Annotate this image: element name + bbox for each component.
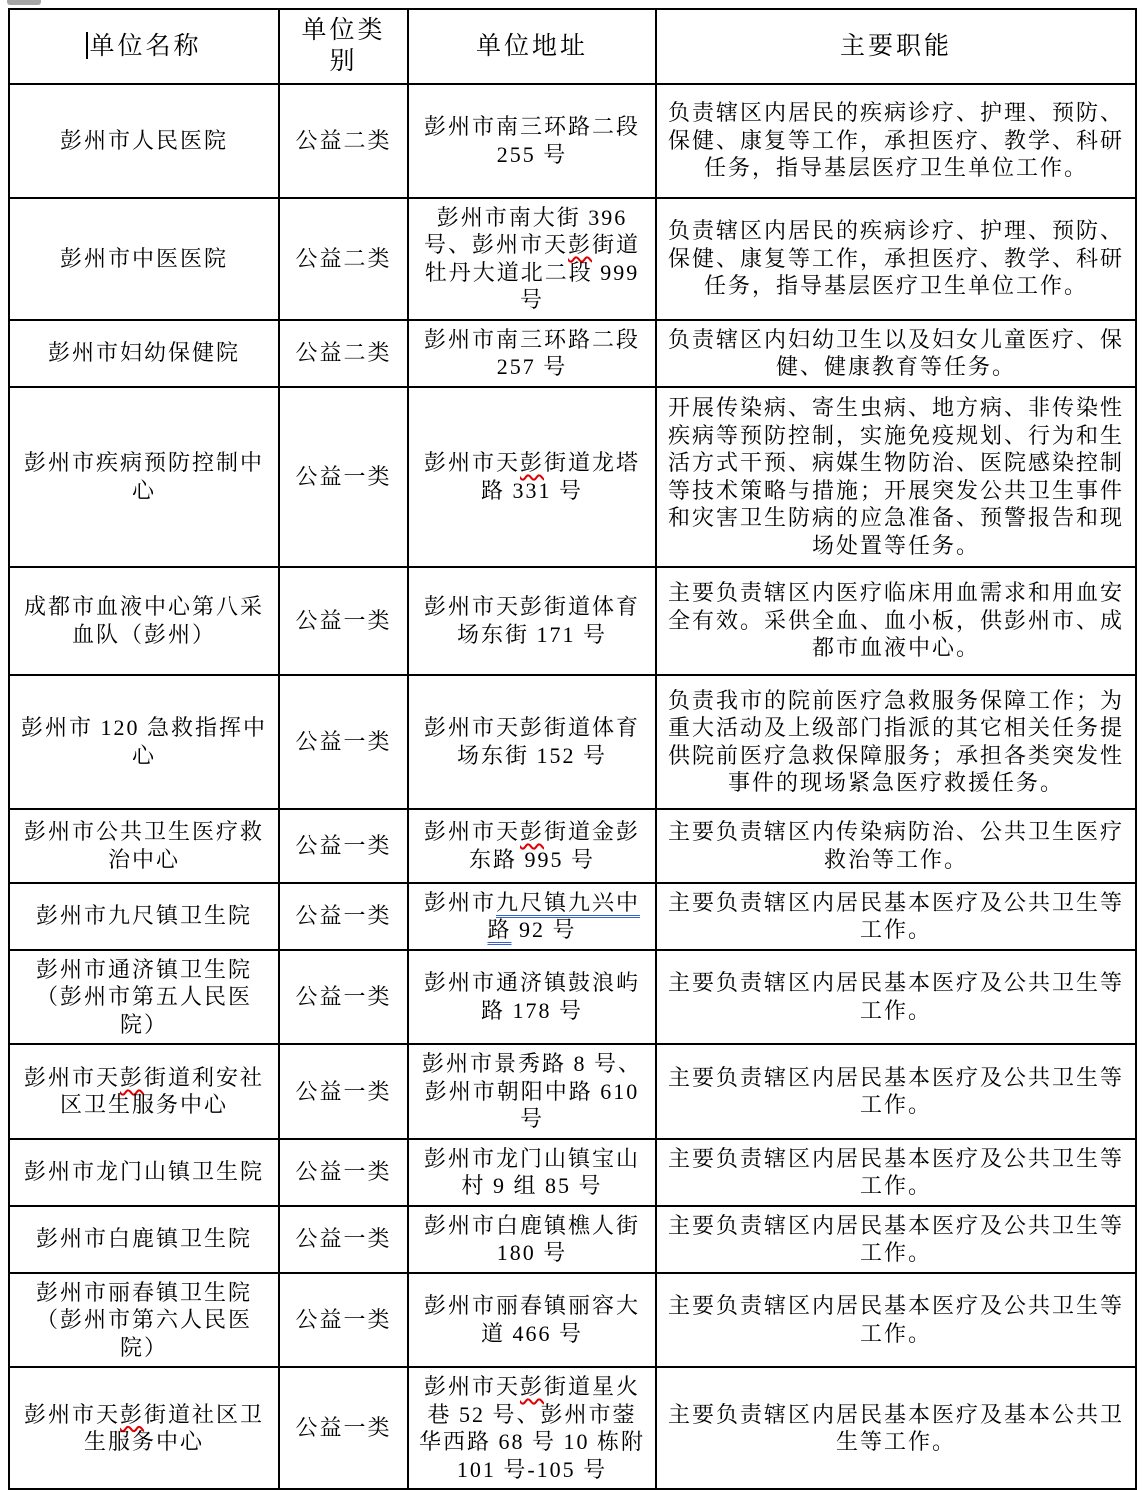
- unit-address-cell[interactable]: 彭州市九尺镇九兴中路 92 号: [408, 883, 656, 950]
- red-wavy-mark: 彭: [120, 1402, 144, 1427]
- text-segment: 公益一类: [295, 1159, 391, 1184]
- text-segment: 公益二类: [295, 246, 391, 271]
- text-segment: 彭州市天: [424, 450, 520, 475]
- table-row: 彭州市九尺镇卫生院 公益一类 彭州市九尺镇九兴中路 92 号 主要负责辖区内居民…: [9, 883, 1136, 950]
- unit-functions-cell[interactable]: 主要负责辖区内医疗临床用血需求和用血安全有效。采供全血、血小板，供彭州市、成都市…: [656, 567, 1136, 675]
- unit-functions-cell[interactable]: 主要负责辖区内传染病防治、公共卫生医疗救治等工作。: [656, 809, 1136, 883]
- text-segment: 彭州市白鹿镇樵人街 180 号: [424, 1213, 640, 1266]
- table-row: 彭州市妇幼保健院 公益二类 彭州市南三环路二段 257 号 负责辖区内妇幼卫生以…: [9, 320, 1136, 387]
- text-segment: 公益一类: [295, 1079, 391, 1104]
- text-segment: 公益二类: [295, 340, 391, 365]
- unit-category-cell[interactable]: 公益一类: [279, 1139, 408, 1206]
- unit-category-cell[interactable]: 公益一类: [279, 1206, 408, 1273]
- unit-name-cell[interactable]: 彭州市白鹿镇卫生院: [9, 1206, 279, 1273]
- text-segment: 公益一类: [295, 903, 391, 928]
- table-row: 彭州市公共卫生医疗救治中心 公益一类 彭州市天彭街道金彭东路 995 号 主要负…: [9, 809, 1136, 883]
- text-segment: 负责我市的院前医疗急救服务保障工作；为重大活动及上级部门指派的其它相关任务提供院…: [668, 688, 1124, 796]
- unit-functions-cell[interactable]: 主要负责辖区内居民基本医疗及公共卫生等工作。: [656, 950, 1136, 1045]
- text-segment: 彭州市妇幼保健院: [48, 340, 240, 365]
- text-segment: 彭州市丽春镇卫生院（彭州市第六人民医院）: [36, 1280, 252, 1360]
- text-segment: 公益一类: [295, 1307, 391, 1332]
- table-row: 彭州市龙门山镇卫生院 公益一类 彭州市龙门山镇宝山村 9 组 85 号 主要负责…: [9, 1139, 1136, 1206]
- unit-name-cell[interactable]: 成都市血液中心第八采血队（彭州）: [9, 567, 279, 675]
- unit-functions-cell[interactable]: 主要负责辖区内居民基本医疗及公共卫生等工作。: [656, 1206, 1136, 1273]
- unit-category-cell[interactable]: 公益二类: [279, 320, 408, 387]
- red-wavy-mark: 彭: [520, 1374, 544, 1399]
- text-segment: 公益二类: [295, 128, 391, 153]
- unit-name-cell[interactable]: 彭州市龙门山镇卫生院: [9, 1139, 279, 1206]
- red-wavy-mark: 彭: [120, 1065, 144, 1090]
- unit-name-cell[interactable]: 彭州市人民医院: [9, 84, 279, 198]
- table-row: 彭州市天彭街道利安社区卫生服务中心 公益一类 彭州市景秀路 8 号、彭州市朝阳中…: [9, 1044, 1136, 1139]
- column-header-unit-category[interactable]: 单位类别: [279, 9, 408, 84]
- unit-name-cell[interactable]: 彭州市中医医院: [9, 198, 279, 320]
- unit-name-cell[interactable]: 彭州市疾病预防控制中心: [9, 387, 279, 567]
- unit-address-cell[interactable]: 彭州市天彭街道星火巷 52 号、彭州市蓥华西路 68 号 10 栋附 101 号…: [408, 1367, 656, 1489]
- text-segment: 负责辖区内居民的疾病诊疗、护理、预防、保健、康复等工作，承担医疗、教学、科研任务…: [668, 218, 1124, 298]
- unit-functions-cell[interactable]: 负责我市的院前医疗急救服务保障工作；为重大活动及上级部门指派的其它相关任务提供院…: [656, 675, 1136, 809]
- unit-name-cell[interactable]: 彭州市通济镇卫生院（彭州市第五人民医院）: [9, 950, 279, 1045]
- text-segment: 主要负责辖区内居民基本医疗及公共卫生等工作。: [668, 890, 1124, 943]
- text-segment: 主要负责辖区内医疗临床用血需求和用血安全有效。采供全血、血小板，供彭州市、成都市…: [668, 580, 1124, 660]
- text-segment: 负责辖区内妇幼卫生以及妇女儿童医疗、保健、健康教育等任务。: [668, 327, 1124, 380]
- column-header-label: 单位名称: [89, 33, 201, 60]
- unit-functions-cell[interactable]: 开展传染病、寄生虫病、地方病、非传染性疾病等预防控制，实施免疫规划、行为和生活方…: [656, 387, 1136, 567]
- table-row: 彭州市中医医院 公益二类 彭州市南大街 396 号、彭州市天彭街道牡丹大道北二段…: [9, 198, 1136, 320]
- unit-address-cell[interactable]: 彭州市景秀路 8 号、彭州市朝阳中路 610 号: [408, 1044, 656, 1139]
- unit-name-cell[interactable]: 彭州市天彭街道社区卫生服务中心: [9, 1367, 279, 1489]
- text-segment: 负责辖区内居民的疾病诊疗、护理、预防、保健、康复等工作，承担医疗、教学、科研任务…: [668, 100, 1124, 180]
- text-segment: 彭州市南三环路二段 255 号: [424, 114, 640, 167]
- text-segment: 主要负责辖区内居民基本医疗及公共卫生等工作。: [668, 1293, 1124, 1346]
- red-wavy-mark: 彭: [520, 819, 544, 844]
- table-row: 彭州市天彭街道社区卫生服务中心 公益一类 彭州市天彭街道星火巷 52 号、彭州市…: [9, 1367, 1136, 1489]
- text-segment: 彭州市疾病预防控制中心: [24, 450, 264, 503]
- unit-address-cell[interactable]: 彭州市通济镇鼓浪屿路 178 号: [408, 950, 656, 1045]
- unit-category-cell[interactable]: 公益一类: [279, 1044, 408, 1139]
- unit-functions-cell[interactable]: 主要负责辖区内居民基本医疗及公共卫生等工作。: [656, 1044, 1136, 1139]
- unit-category-cell[interactable]: 公益一类: [279, 387, 408, 567]
- text-segment: 彭州市龙门山镇卫生院: [24, 1159, 264, 1184]
- unit-address-cell[interactable]: 彭州市天彭街道金彭东路 995 号: [408, 809, 656, 883]
- unit-functions-cell[interactable]: 负责辖区内居民的疾病诊疗、护理、预防、保健、康复等工作，承担医疗、教学、科研任务…: [656, 198, 1136, 320]
- unit-address-cell[interactable]: 彭州市南三环路二段 257 号: [408, 320, 656, 387]
- text-segment: 公益一类: [295, 1226, 391, 1251]
- red-wavy-mark: 彭: [568, 232, 592, 257]
- column-header-main-functions[interactable]: 主要职能: [656, 9, 1136, 84]
- text-segment: 公益一类: [295, 729, 391, 754]
- text-segment: 公益一类: [295, 608, 391, 633]
- unit-address-cell[interactable]: 彭州市天彭街道龙塔路 331 号: [408, 387, 656, 567]
- text-segment: 彭州市南三环路二段 257 号: [424, 327, 640, 380]
- table-row: 彭州市通济镇卫生院（彭州市第五人民医院） 公益一类 彭州市通济镇鼓浪屿路 178…: [9, 950, 1136, 1045]
- text-segment: 主要负责辖区内居民基本医疗及公共卫生等工作。: [668, 1146, 1124, 1199]
- text-segment: 公益一类: [295, 1415, 391, 1440]
- text-segment: 彭州市九尺镇卫生院: [36, 903, 252, 928]
- unit-address-cell[interactable]: 彭州市天彭街道体育场东街 152 号: [408, 675, 656, 809]
- text-segment: 彭州市通济镇卫生院（彭州市第五人民医院）: [36, 957, 252, 1037]
- text-segment: 主要负责辖区内居民基本医疗及基本公共卫生等工作。: [668, 1402, 1124, 1455]
- column-header-unit-address[interactable]: 单位地址: [408, 9, 656, 84]
- table-row: 彭州市丽春镇卫生院（彭州市第六人民医院） 公益一类 彭州市丽春镇丽容大道 466…: [9, 1273, 1136, 1368]
- table-body: 彭州市人民医院 公益二类 彭州市南三环路二段 255 号 负责辖区内居民的疾病诊…: [9, 84, 1136, 1490]
- text-segment: 92 号: [512, 917, 577, 942]
- column-header-label: 主要职能: [840, 33, 952, 60]
- text-segment: 彭州市天: [24, 1065, 120, 1090]
- unit-name-cell[interactable]: 彭州市妇幼保健院: [9, 320, 279, 387]
- unit-address-cell[interactable]: 彭州市丽春镇丽容大道 466 号: [408, 1273, 656, 1368]
- unit-category-cell[interactable]: 公益二类: [279, 84, 408, 198]
- text-segment: 彭州市丽春镇丽容大道 466 号: [424, 1293, 640, 1346]
- text-segment: 开展传染病、寄生虫病、地方病、非传染性疾病等预防控制，实施免疫规划、行为和生活方…: [668, 395, 1124, 558]
- units-table: 单位名称 单位类别 单位地址 主要职能 彭州市人民医院 公益二类 彭州市南三环路…: [8, 8, 1137, 1490]
- text-segment: 彭州市龙门山镇宝山村 9 组 85 号: [424, 1146, 640, 1199]
- unit-address-cell[interactable]: 彭州市南大街 396 号、彭州市天彭街道牡丹大道北二段 999 号: [408, 198, 656, 320]
- text-segment: 彭州市白鹿镇卫生院: [36, 1226, 252, 1251]
- unit-functions-cell[interactable]: 负责辖区内居民的疾病诊疗、护理、预防、保健、康复等工作，承担医疗、教学、科研任务…: [656, 84, 1136, 198]
- unit-functions-cell[interactable]: 主要负责辖区内居民基本医疗及公共卫生等工作。: [656, 1139, 1136, 1206]
- table-row: 彭州市 120 急救指挥中心 公益一类 彭州市天彭街道体育场东街 152 号 负…: [9, 675, 1136, 809]
- unit-address-cell[interactable]: 彭州市天彭街道体育场东街 171 号: [408, 567, 656, 675]
- unit-category-cell[interactable]: 公益一类: [279, 567, 408, 675]
- text-segment: 彭州市中医医院: [60, 246, 228, 271]
- unit-address-cell[interactable]: 彭州市南三环路二段 255 号: [408, 84, 656, 198]
- unit-category-cell[interactable]: 公益一类: [279, 883, 408, 950]
- unit-address-cell[interactable]: 彭州市龙门山镇宝山村 9 组 85 号: [408, 1139, 656, 1206]
- unit-name-cell[interactable]: 彭州市 120 急救指挥中心: [9, 675, 279, 809]
- unit-category-cell[interactable]: 公益二类: [279, 198, 408, 320]
- unit-category-cell[interactable]: 公益一类: [279, 675, 408, 809]
- text-segment: 公益一类: [295, 833, 391, 858]
- text-segment: 彭州市天: [24, 1402, 120, 1427]
- text-segment: 主要负责辖区内传染病防治、公共卫生医疗救治等工作。: [668, 819, 1124, 872]
- unit-name-cell[interactable]: 彭州市天彭街道利安社区卫生服务中心: [9, 1044, 279, 1139]
- unit-functions-cell[interactable]: 负责辖区内妇幼卫生以及妇女儿童医疗、保健、健康教育等任务。: [656, 320, 1136, 387]
- text-segment: 彭州市天彭街道体育场东街 152 号: [424, 715, 640, 768]
- unit-name-cell[interactable]: 彭州市公共卫生医疗救治中心: [9, 809, 279, 883]
- text-segment: 公益一类: [295, 464, 391, 489]
- ui-fragment-bar: [7, 0, 41, 5]
- unit-address-cell[interactable]: 彭州市白鹿镇樵人街 180 号: [408, 1206, 656, 1273]
- text-segment: 彭州市 120 急救指挥中心: [21, 715, 267, 768]
- text-segment: 彭州市: [424, 890, 496, 915]
- unit-category-cell[interactable]: 公益一类: [279, 950, 408, 1045]
- table-row: 彭州市人民医院 公益二类 彭州市南三环路二段 255 号 负责辖区内居民的疾病诊…: [9, 84, 1136, 198]
- text-segment: 成都市血液中心第八采血队（彭州）: [24, 594, 264, 647]
- text-segment: 彭州市景秀路 8 号、彭州市朝阳中路 610 号: [422, 1051, 642, 1131]
- table-row: 成都市血液中心第八采血队（彭州） 公益一类 彭州市天彭街道体育场东街 171 号…: [9, 567, 1136, 675]
- text-segment: 彭州市人民医院: [60, 128, 228, 153]
- column-header-label: 单位类别: [301, 17, 385, 75]
- units-table-wrap: 单位名称 单位类别 单位地址 主要职能 彭州市人民医院 公益二类 彭州市南三环路…: [8, 8, 1135, 1490]
- column-header-unit-name[interactable]: 单位名称: [9, 9, 279, 84]
- unit-category-cell[interactable]: 公益一类: [279, 1273, 408, 1368]
- table-row: 彭州市疾病预防控制中心 公益一类 彭州市天彭街道龙塔路 331 号 开展传染病、…: [9, 387, 1136, 567]
- header-row: 单位名称 单位类别 单位地址 主要职能: [9, 9, 1136, 84]
- unit-category-cell[interactable]: 公益一类: [279, 1367, 408, 1489]
- text-segment: 彭州市天彭街道体育场东街 171 号: [424, 594, 640, 647]
- unit-name-cell[interactable]: 彭州市丽春镇卫生院（彭州市第六人民医院）: [9, 1273, 279, 1368]
- column-header-label: 单位地址: [476, 33, 588, 60]
- red-wavy-mark: 彭: [520, 450, 544, 475]
- unit-functions-cell[interactable]: 主要负责辖区内居民基本医疗及公共卫生等工作。: [656, 883, 1136, 950]
- text-segment: 彭州市公共卫生医疗救治中心: [24, 819, 264, 872]
- text-segment: 公益一类: [295, 984, 391, 1009]
- text-segment: 彭州市天: [424, 1374, 520, 1399]
- text-segment: 主要负责辖区内居民基本医疗及公共卫生等工作。: [668, 1065, 1124, 1118]
- text-segment: 主要负责辖区内居民基本医疗及公共卫生等工作。: [668, 970, 1124, 1023]
- unit-functions-cell[interactable]: 主要负责辖区内居民基本医疗及基本公共卫生等工作。: [656, 1367, 1136, 1489]
- text-segment: 彭州市天: [424, 819, 520, 844]
- unit-functions-cell[interactable]: 主要负责辖区内居民基本医疗及公共卫生等工作。: [656, 1273, 1136, 1368]
- table-row: 彭州市白鹿镇卫生院 公益一类 彭州市白鹿镇樵人街 180 号 主要负责辖区内居民…: [9, 1206, 1136, 1273]
- text-segment: 彭州市通济镇鼓浪屿路 178 号: [424, 970, 640, 1023]
- unit-category-cell[interactable]: 公益一类: [279, 809, 408, 883]
- text-segment: 主要负责辖区内居民基本医疗及公共卫生等工作。: [668, 1213, 1124, 1266]
- unit-name-cell[interactable]: 彭州市九尺镇卫生院: [9, 883, 279, 950]
